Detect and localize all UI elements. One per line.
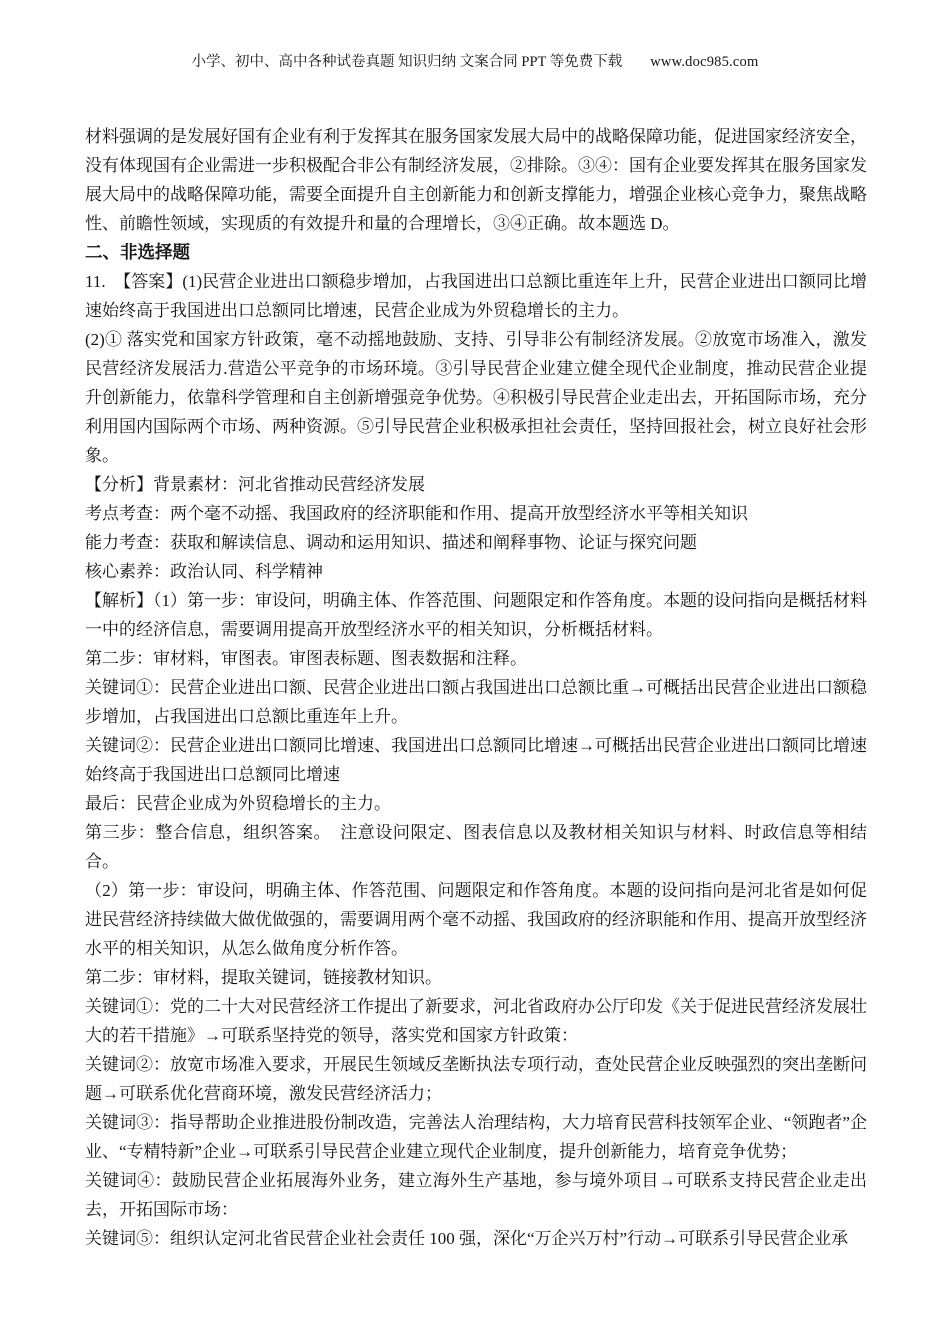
document-body: 材料强调的是发展好国有企业有利于发挥其在服务国家发展大局中的战略保障功能，促进国… (85, 122, 867, 1253)
paragraph-analysis-background: 【分析】背景素材：河北省推动民营经济发展 (85, 470, 867, 499)
paragraph-part2-keyword-3: 关键词③：指导帮助企业推进股份制改造，完善法人治理结构，大力培育民营科技领军企业… (85, 1108, 867, 1166)
header-site-text: 小学、初中、高中各种试卷真题 知识归纳 文案合同 PPT 等免费下载 (192, 54, 623, 70)
section-heading-non-multiple-choice: 二、非选择题 (85, 238, 867, 267)
paragraph-explanation-part1-step1: 【解析】（1）第一步：审设问，明确主体、作答范围、问题限定和作答角度。本题的设问… (85, 586, 867, 644)
paragraph-part1-final: 最后：民营企业成为外贸稳增长的主力。 (85, 789, 867, 818)
page-header: 小学、初中、高中各种试卷真题 知识归纳 文案合同 PPT 等免费下载www.do… (0, 0, 950, 72)
paragraph-explanation-part1-step3: 第三步：整合信息，组织答案。 注意设问限定、图表信息以及教材相关知识与材料、时政… (85, 818, 867, 876)
paragraph-q10-analysis-continued: 材料强调的是发展好国有企业有利于发挥其在服务国家发展大局中的战略保障功能，促进国… (85, 122, 867, 238)
document-page: 小学、初中、高中各种试卷真题 知识归纳 文案合同 PPT 等免费下载www.do… (0, 0, 950, 1344)
paragraph-q11-answer-part2: (2)① 落实党和国家方针政策，毫不动摇地鼓励、支持、引导非公有制经济发展。②放… (85, 325, 867, 470)
paragraph-part2-keyword-1: 关键词①：党的二十大对民营经济工作提出了新要求，河北省政府办公厅印发《关于促进民… (85, 992, 867, 1050)
paragraph-q11-answer-part1: 11. 【答案】(1)民营企业进出口额稳步增加，占我国进出口总额比重连年上升，民… (85, 267, 867, 325)
paragraph-explanation-part1-step2: 第二步：审材料，审图表。审图表标题、图表数据和注释。 (85, 644, 867, 673)
header-url: www.doc985.com (650, 54, 758, 70)
paragraph-ability-test: 能力考查：获取和解读信息、调动和运用知识、描述和阐释事物、论证与探究问题 (85, 528, 867, 557)
paragraph-explanation-part2-step2: 第二步：审材料，提取关键词，链接教材知识。 (85, 963, 867, 992)
paragraph-part2-keyword-2: 关键词②：放宽市场准入要求，开展民生领域反垄断执法专项行动，查处民营企业反映强烈… (85, 1050, 867, 1108)
paragraph-part2-keyword-4: 关键词④：鼓励民营企业拓展海外业务，建立海外生产基地，参与境外项目→可联系支持民… (85, 1166, 867, 1224)
paragraph-part1-keyword-2: 关键词②：民营企业进出口额同比增速、我国进出口总额同比增速→可概括出民营企业进出… (85, 731, 867, 789)
paragraph-exam-points: 考点考查：两个毫不动摇、我国政府的经济职能和作用、提高开放型经济水平等相关知识 (85, 499, 867, 528)
paragraph-core-literacy: 核心素养：政治认同、科学精神 (85, 557, 867, 586)
paragraph-part1-keyword-1: 关键词①：民营企业进出口额、民营企业进出口额占我国进出口总额比重→可概括出民营企… (85, 673, 867, 731)
paragraph-explanation-part2-step1: （2）第一步：审设问，明确主体、作答范围、问题限定和作答角度。本题的设问指向是河… (85, 876, 867, 963)
paragraph-part2-keyword-5: 关键词⑤：组织认定河北省民营企业社会责任 100 强，深化“万企兴万村”行动→可… (85, 1224, 867, 1253)
